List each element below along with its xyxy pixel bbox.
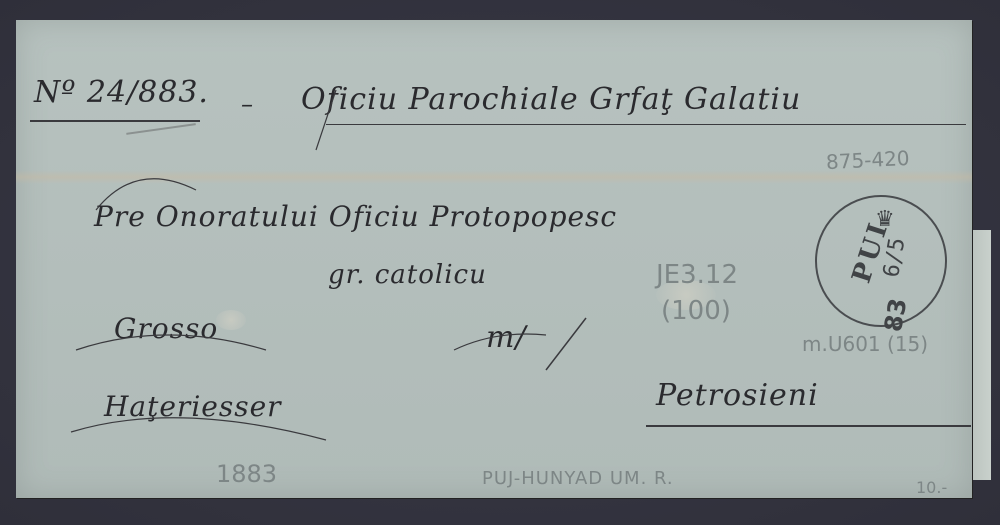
postmark-date: 6/5 [879, 236, 911, 279]
postmark-year: 83 [879, 296, 912, 334]
postal-cover: Nº 24/883. – Oficiu Parochiale Grfaţ Gal… [16, 20, 972, 498]
postmark-stamp: ♛ PUI 6/5 83 [815, 195, 947, 327]
